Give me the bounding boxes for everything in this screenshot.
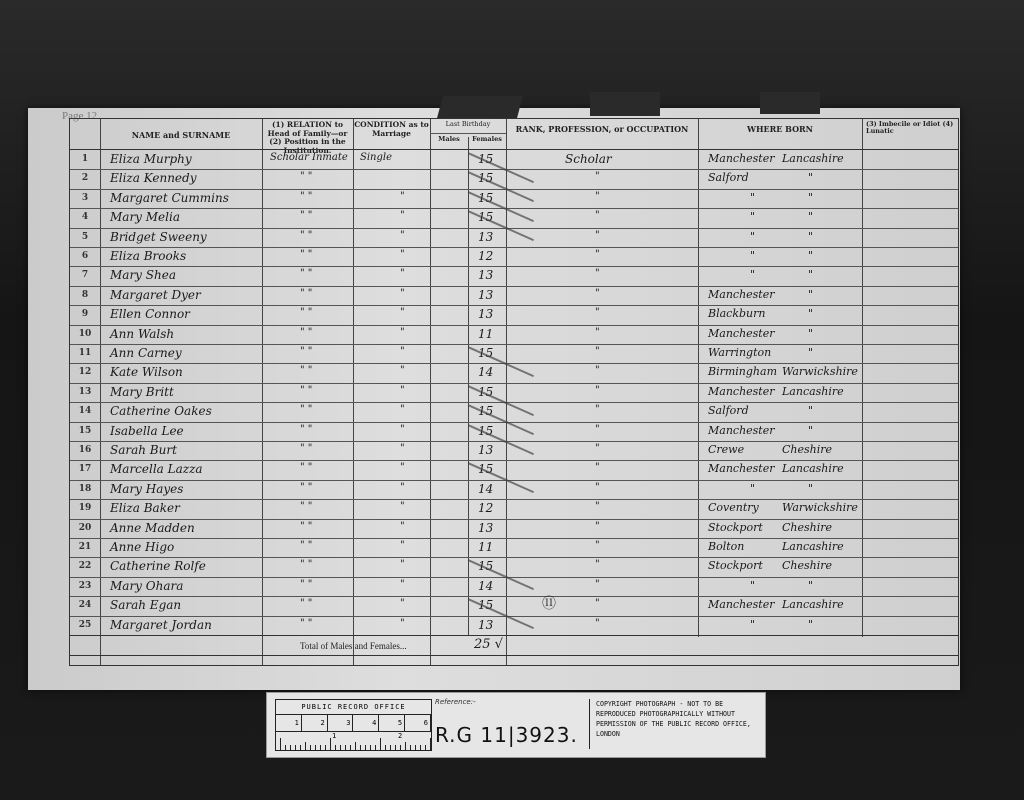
birth-county: Cheshire — [782, 443, 832, 456]
relation: " " — [300, 230, 312, 241]
occupation: " — [595, 521, 600, 532]
public-record-office-box: PUBLIC RECORD OFFICE 1 2 3 4 5 6 1 2 — [275, 699, 432, 751]
header-age: Last Birthday — [430, 121, 506, 128]
occupation: " — [595, 230, 600, 241]
relation: " " — [300, 210, 312, 221]
birth-town: Warrington — [708, 346, 771, 359]
occupation: " — [595, 346, 600, 357]
ruler-tick — [370, 745, 371, 750]
relation: " " — [300, 598, 312, 609]
marital-condition: " — [400, 288, 405, 299]
row-number: 18 — [70, 484, 100, 494]
marital-condition: Single — [360, 152, 392, 163]
birth-town: Stockport — [708, 559, 763, 572]
birth-town: " — [750, 482, 755, 495]
female-age: 13 — [478, 230, 493, 244]
birth-county: Cheshire — [782, 559, 832, 572]
female-age: 13 — [478, 307, 493, 321]
birth-county: " — [808, 307, 813, 320]
relation: " " — [300, 171, 312, 182]
marital-condition: " — [400, 307, 405, 318]
birth-county: " — [808, 579, 813, 592]
marital-condition: " — [400, 618, 405, 629]
birth-county: Warwickshire — [782, 501, 858, 514]
person-name: Marcella Lazza — [110, 462, 203, 476]
person-name: Catherine Oakes — [110, 404, 212, 418]
row-number: 4 — [70, 212, 100, 222]
marital-condition: " — [400, 385, 405, 396]
reference-label: Reference:- — [435, 698, 476, 706]
female-age: 13 — [478, 443, 493, 457]
person-name: Margaret Cummins — [110, 191, 229, 205]
occupation: " — [595, 540, 600, 551]
occupation: " — [595, 365, 600, 376]
occupation: " — [595, 249, 600, 260]
birth-town: " — [750, 210, 755, 223]
ruler-tick — [315, 745, 316, 750]
row-number: 13 — [70, 387, 100, 397]
header-condition: CONDITION as to Marriage — [353, 121, 430, 138]
ruler-tick — [410, 745, 411, 750]
ruler-tick — [425, 745, 426, 750]
female-age: 14 — [478, 482, 493, 496]
row-number: 16 — [70, 445, 100, 455]
row-number: 22 — [70, 561, 100, 571]
occupation: " — [595, 559, 600, 570]
marital-condition: " — [400, 268, 405, 279]
ruler-tick — [295, 745, 296, 750]
row-number: 17 — [70, 464, 100, 474]
row-number: 1 — [70, 154, 100, 164]
row-number: 15 — [70, 426, 100, 436]
row-number: 6 — [70, 251, 100, 261]
marital-condition: " — [400, 327, 405, 338]
birth-county: Lancashire — [782, 540, 844, 553]
person-name: Mary Shea — [110, 268, 176, 282]
ruler-tick — [430, 738, 431, 750]
birth-town: Manchester — [708, 152, 775, 165]
birth-town: Crewe — [708, 443, 744, 456]
birth-town: Blackburn — [708, 307, 765, 320]
relation: " " — [300, 346, 312, 357]
marital-condition: " — [400, 462, 405, 473]
ruler-tick — [330, 738, 331, 750]
occupation: " — [595, 462, 600, 473]
ruler-tick — [285, 745, 286, 750]
occupation: " — [595, 443, 600, 454]
occupation: Scholar — [565, 152, 612, 166]
person-name: Eliza Kennedy — [110, 171, 197, 185]
birth-town: Stockport — [708, 521, 763, 534]
person-name: Mary Ohara — [110, 579, 183, 593]
person-name: Anne Higo — [110, 540, 174, 554]
birth-town: Bolton — [708, 540, 744, 553]
row-number: 25 — [70, 620, 100, 630]
margin-note-circled: ⑪ — [542, 593, 556, 613]
ruler-tick — [310, 745, 311, 750]
relation: " " — [300, 365, 312, 376]
row-number: 3 — [70, 193, 100, 203]
birth-town: " — [750, 230, 755, 243]
person-name: Anne Madden — [110, 521, 195, 535]
person-name: Sarah Burt — [110, 443, 177, 457]
occupation: " — [595, 424, 600, 435]
marital-condition: " — [400, 346, 405, 357]
person-name: Margaret Jordan — [110, 618, 212, 632]
ruler-tick — [345, 745, 346, 750]
occupation: " — [595, 191, 600, 202]
occupation: " — [595, 618, 600, 629]
header-occupation: RANK, PROFESSION, or OCCUPATION — [506, 125, 698, 134]
relation: " " — [300, 288, 312, 299]
ruler-tick — [300, 745, 301, 750]
birth-county: " — [808, 171, 813, 184]
ruler-tick — [395, 745, 396, 750]
marital-condition: " — [400, 540, 405, 551]
birth-town: " — [750, 268, 755, 281]
female-age: 12 — [478, 249, 493, 263]
marital-condition: " — [400, 443, 405, 454]
person-name: Sarah Egan — [110, 598, 181, 612]
relation: " " — [300, 579, 312, 590]
scale-row: 1 2 3 4 5 6 — [276, 715, 431, 732]
header-name: NAME and SURNAME — [100, 131, 262, 140]
row-number: 20 — [70, 523, 100, 533]
occupation: " — [595, 385, 600, 396]
relation: " " — [300, 404, 312, 415]
birth-town: Manchester — [708, 327, 775, 340]
birth-town: " — [750, 579, 755, 592]
relation: " " — [300, 501, 312, 512]
marital-condition: " — [400, 404, 405, 415]
reference-number: R.G 11|3923. — [435, 723, 578, 747]
header-relation: (1) RELATION to Head of Family—or (2) Po… — [262, 121, 353, 156]
birth-county: " — [808, 424, 813, 437]
birth-county: " — [808, 191, 813, 204]
birth-town: " — [750, 249, 755, 262]
binding-tab — [437, 96, 523, 118]
header-males: Males — [430, 136, 468, 143]
person-name: Catherine Rolfe — [110, 559, 206, 573]
occupation: " — [595, 598, 600, 609]
ruler-tick — [360, 745, 361, 750]
ruler-tick — [390, 745, 391, 750]
occupation: " — [595, 501, 600, 512]
ruler-tick — [340, 745, 341, 750]
row-number: 8 — [70, 290, 100, 300]
copyright-notice: COPYRIGHT PHOTOGRAPH - NOT TO BE REPRODU… — [589, 699, 764, 749]
binding-tab — [590, 92, 660, 116]
person-name: Eliza Brooks — [110, 249, 186, 263]
marital-condition: " — [400, 191, 405, 202]
row-number: 11 — [70, 348, 100, 358]
birth-county: Lancashire — [782, 598, 844, 611]
row-number: 23 — [70, 581, 100, 591]
marital-condition: " — [400, 501, 405, 512]
ruler-tick — [355, 742, 356, 750]
birth-town: Coventry — [708, 501, 759, 514]
ruler-tick — [335, 745, 336, 750]
ruler-tick — [385, 745, 386, 750]
birth-town: Manchester — [708, 385, 775, 398]
row-number: 7 — [70, 270, 100, 280]
relation: " " — [300, 307, 312, 318]
person-name: Bridget Sweeny — [110, 230, 207, 244]
birth-town: " — [750, 191, 755, 204]
person-name: Margaret Dyer — [110, 288, 201, 302]
relation: " " — [300, 521, 312, 532]
header-where-born: WHERE BORN — [698, 125, 862, 134]
person-name: Ann Walsh — [110, 327, 174, 341]
row-number: 10 — [70, 329, 100, 339]
ruler-tick — [400, 745, 401, 750]
row-number: 14 — [70, 406, 100, 416]
birth-county: Lancashire — [782, 385, 844, 398]
total-females: 25 √ — [474, 637, 503, 652]
birth-town: " — [750, 618, 755, 631]
female-age: 13 — [478, 288, 493, 302]
relation: " " — [300, 559, 312, 570]
ruler-tick — [320, 745, 321, 750]
person-name: Mary Hayes — [110, 482, 183, 496]
birth-county: " — [808, 327, 813, 340]
birth-county: " — [808, 249, 813, 262]
female-age: 13 — [478, 268, 493, 282]
birth-county: " — [808, 346, 813, 359]
birth-county: " — [808, 618, 813, 631]
marital-condition: " — [400, 521, 405, 532]
marital-condition: " — [400, 424, 405, 435]
female-age: 14 — [478, 579, 493, 593]
birth-county: Lancashire — [782, 152, 844, 165]
occupation: " — [595, 288, 600, 299]
relation: " " — [300, 385, 312, 396]
marital-condition: " — [400, 482, 405, 493]
birth-town: Manchester — [708, 288, 775, 301]
header-infirmity: (3) Imbecile or Idiot (4) Lunatic — [866, 121, 954, 136]
marital-condition: " — [400, 249, 405, 260]
birth-county: " — [808, 288, 813, 301]
marital-condition: " — [400, 579, 405, 590]
birth-town: Birmingham — [708, 365, 777, 378]
census-sheet: Page 12 NAME and SURNAME (1) RELATION to… — [28, 108, 960, 690]
ruler-tick — [415, 745, 416, 750]
female-age: 13 — [478, 618, 493, 632]
relation: " " — [300, 327, 312, 338]
reference-strip: PUBLIC RECORD OFFICE 1 2 3 4 5 6 1 2 Ref… — [266, 692, 766, 758]
marital-condition: " — [400, 598, 405, 609]
birth-county: " — [808, 230, 813, 243]
occupation: " — [595, 210, 600, 221]
ruler: 1 2 — [276, 732, 431, 750]
person-name: Kate Wilson — [110, 365, 183, 379]
occupation: " — [595, 579, 600, 590]
relation: " " — [300, 618, 312, 629]
ruler-tick — [350, 745, 351, 750]
birth-county: " — [808, 482, 813, 495]
female-age: 12 — [478, 501, 493, 515]
row-number: 19 — [70, 503, 100, 513]
person-name: Mary Melia — [110, 210, 180, 224]
marital-condition: " — [400, 559, 405, 570]
marital-condition: " — [400, 210, 405, 221]
person-name: Mary Britt — [110, 385, 174, 399]
female-age: 11 — [478, 327, 493, 341]
person-name: Ellen Connor — [110, 307, 190, 321]
person-name: Eliza Murphy — [110, 152, 192, 166]
ruler-tick — [380, 738, 381, 750]
relation: " " — [300, 540, 312, 551]
female-age: 13 — [478, 521, 493, 535]
occupation: " — [595, 482, 600, 493]
ruler-tick — [325, 745, 326, 750]
relation: Scholar Inmate — [270, 152, 348, 163]
birth-town: Manchester — [708, 424, 775, 437]
ruler-tick — [290, 745, 291, 750]
person-name: Eliza Baker — [110, 501, 180, 515]
person-name: Ann Carney — [110, 346, 182, 360]
relation: " " — [300, 268, 312, 279]
binding-tab — [760, 92, 820, 114]
occupation: " — [595, 404, 600, 415]
total-label: Total of Males and Females... — [300, 641, 407, 651]
birth-county: " — [808, 210, 813, 223]
occupation: " — [595, 307, 600, 318]
header-females: Females — [468, 136, 506, 143]
ruler-tick — [420, 745, 421, 750]
birth-county: " — [808, 268, 813, 281]
birth-town: Salford — [708, 171, 749, 184]
birth-county: Lancashire — [782, 462, 844, 475]
occupation: " — [595, 327, 600, 338]
row-number: 9 — [70, 309, 100, 319]
relation: " " — [300, 191, 312, 202]
row-number: 21 — [70, 542, 100, 552]
female-age: 11 — [478, 540, 493, 554]
relation: " " — [300, 424, 312, 435]
row-number: 12 — [70, 367, 100, 377]
occupation: " — [595, 171, 600, 182]
birth-town: Manchester — [708, 598, 775, 611]
marital-condition: " — [400, 230, 405, 241]
row-number: 24 — [70, 600, 100, 610]
ruler-tick — [405, 742, 406, 750]
relation: " " — [300, 482, 312, 493]
ruler-tick — [280, 738, 281, 750]
relation: " " — [300, 443, 312, 454]
birth-county: Cheshire — [782, 521, 832, 534]
marital-condition: " — [400, 365, 405, 376]
birth-county: Warwickshire — [782, 365, 858, 378]
ruler-tick — [305, 742, 306, 750]
person-name: Isabella Lee — [110, 424, 184, 438]
birth-town: Manchester — [708, 462, 775, 475]
ruler-tick — [365, 745, 366, 750]
birth-county: " — [808, 404, 813, 417]
relation: " " — [300, 249, 312, 260]
female-age: 14 — [478, 365, 493, 379]
office-title: PUBLIC RECORD OFFICE — [276, 700, 431, 715]
row-number: 2 — [70, 173, 100, 183]
census-table: NAME and SURNAME (1) RELATION to Head of… — [69, 118, 959, 666]
row-number: 5 — [70, 232, 100, 242]
occupation: " — [595, 268, 600, 279]
ruler-tick — [375, 745, 376, 750]
birth-town: Salford — [708, 404, 749, 417]
relation: " " — [300, 462, 312, 473]
